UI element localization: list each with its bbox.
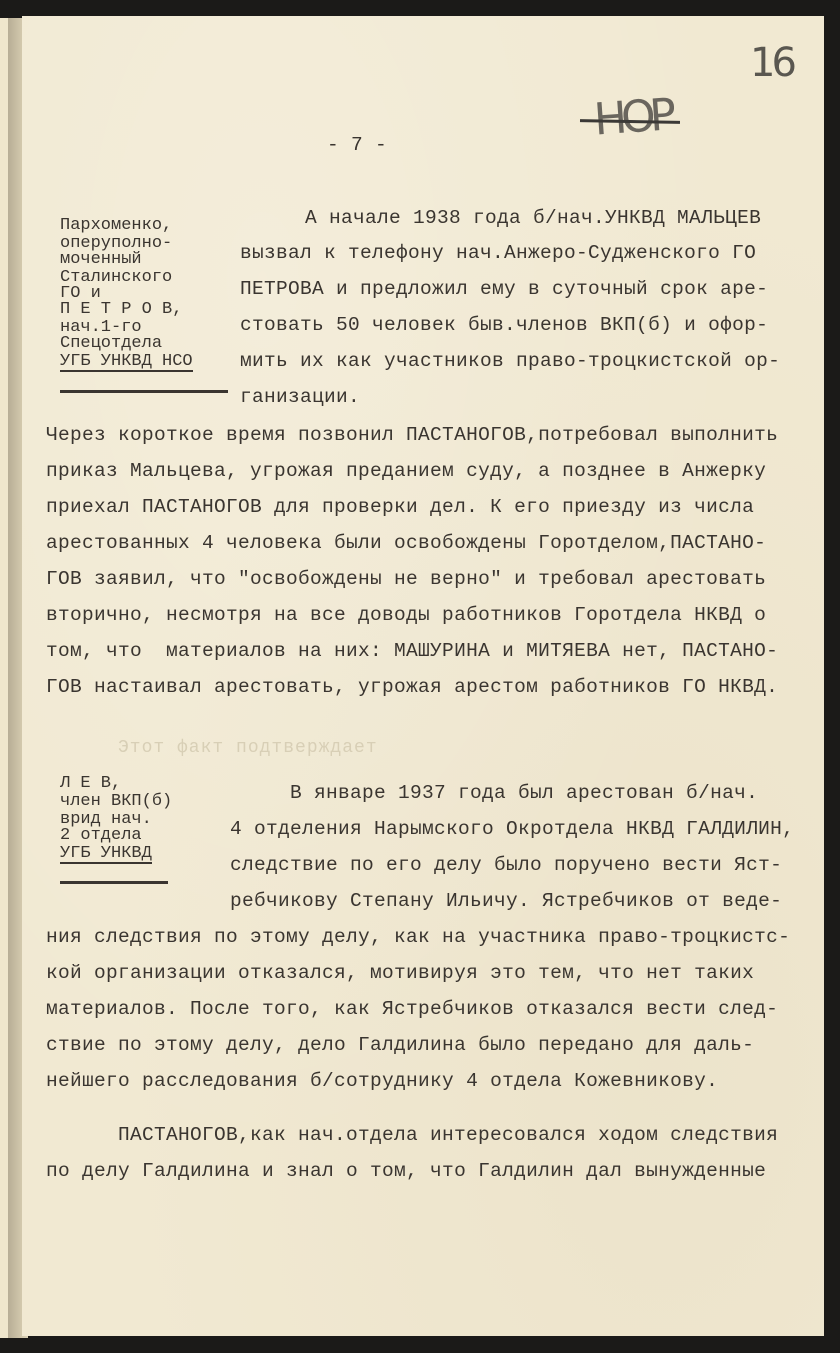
margin-note-line: Спецотдела <box>60 336 162 352</box>
margin-note-line: УГБ УНКВД <box>60 846 152 864</box>
margin-note-rule <box>60 390 228 393</box>
margin-note-line: 2 отдела <box>60 828 142 844</box>
paragraph3-line: материалов. После того, как Ястребчиков … <box>46 1000 778 1020</box>
handwritten-mark: HOP <box>592 89 672 145</box>
margin-note-rule <box>60 881 168 884</box>
paragraph3-line: ствие по этому делу, дело Галдилина было… <box>46 1036 754 1056</box>
paragraph3-line: следствие по его делу было поручено вест… <box>230 856 782 876</box>
paragraph1-line: ганизации. <box>240 388 360 408</box>
paragraph2-line: приехал ПАСТАНОГОВ для проверки дел. К е… <box>46 498 754 518</box>
document-page: 16 HOP - 7 - Пархоменко, оперуполно- моч… <box>22 16 824 1336</box>
margin-note-line: моченный <box>60 252 142 268</box>
paragraph3-line: В январе 1937 года был арестован б/нач. <box>290 784 758 804</box>
paragraph3-line: кой организации отказался, мотивируя это… <box>46 964 754 984</box>
paragraph4-line: по делу Галдилина и знал о том, что Галд… <box>46 1162 766 1182</box>
paragraph1-line: стовать 50 человек быв.членов ВКП(б) и о… <box>240 316 768 336</box>
paragraph2-line: ГОВ настаивал арестовать, угрожая аресто… <box>46 678 778 698</box>
paragraph3-line: 4 отделения Нарымского Окротдела НКВД ГА… <box>230 820 794 840</box>
margin-note-line: член ВКП(б) <box>60 794 172 810</box>
paragraph3-line: нейшего расследования б/сотруднику 4 отд… <box>46 1072 718 1092</box>
paragraph3-line: ния следствия по этому делу, как на учас… <box>46 928 790 948</box>
margin-note-line: П Е Т Р О В, <box>60 302 182 318</box>
paragraph1-line: А начале 1938 года б/нач.УНКВД МАЛЬЦЕВ <box>305 209 761 229</box>
paragraph2-line: ГОВ заявил, что "освобождены не верно" и… <box>46 570 766 590</box>
margin-note-line: Л Е В, <box>60 776 121 792</box>
paragraph2-line: вторично, несмотря на все доводы работни… <box>46 606 766 626</box>
paragraph3-line: ребчикову Степану Ильичу. Ястребчиков от… <box>230 892 782 912</box>
paragraph1-line: вызвал к телефону нач.Анжеро-Судженского… <box>240 244 756 264</box>
faint-erased-text: Этот факт подтверждает <box>118 738 378 758</box>
paragraph2-line: арестованных 4 человека были освобождены… <box>46 534 766 554</box>
paragraph1-line: мить их как участников право-троцкистско… <box>240 352 780 372</box>
margin-note-line: Пархоменко, <box>60 218 172 234</box>
paragraph2-line: приказ Мальцева, угрожая преданием суду,… <box>46 462 766 482</box>
paragraph1-line: ПЕТРОВА и предложил ему в суточный срок … <box>240 280 768 300</box>
sheet-number-handwritten: 16 <box>750 40 793 86</box>
page-number: - 7 - <box>327 136 387 156</box>
paragraph2-line: том, что материалов на них: МАШУРИНА и М… <box>46 642 778 662</box>
paragraph2-line: Через короткое время позвонил ПАСТАНОГОВ… <box>46 426 778 446</box>
margin-note-line: УГБ УНКВД НСО <box>60 354 193 372</box>
adjacent-page-edge <box>0 18 8 1338</box>
paragraph4-line: ПАСТАНОГОВ,как нач.отдела интересовался … <box>118 1126 778 1146</box>
